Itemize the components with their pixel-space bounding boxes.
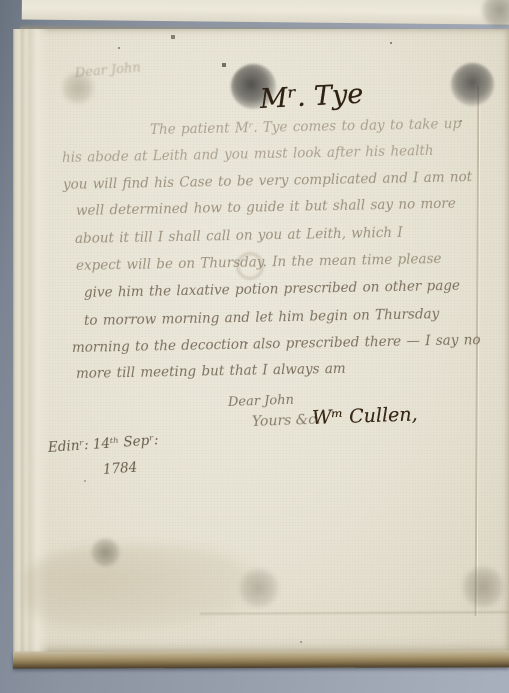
docket-title: Mʳ. Tye <box>259 79 364 117</box>
ink-blot <box>462 566 504 608</box>
closing-salutation: Dear John <box>228 393 295 411</box>
manuscript-photo: Dear John Mʳ. Tye The patient Mʳ. Tye co… <box>0 0 509 693</box>
ink-blot <box>451 63 494 106</box>
book-bottom-page-edges <box>13 650 509 668</box>
date-year: 1784 <box>102 460 137 479</box>
ink-blot <box>239 568 279 608</box>
valediction: Yours &c. <box>252 412 321 431</box>
paper-specks <box>0 0 2 2</box>
previous-page-edge <box>22 0 509 25</box>
signature: Wᵐ Cullen, <box>312 403 418 429</box>
ink-blot <box>91 538 120 567</box>
